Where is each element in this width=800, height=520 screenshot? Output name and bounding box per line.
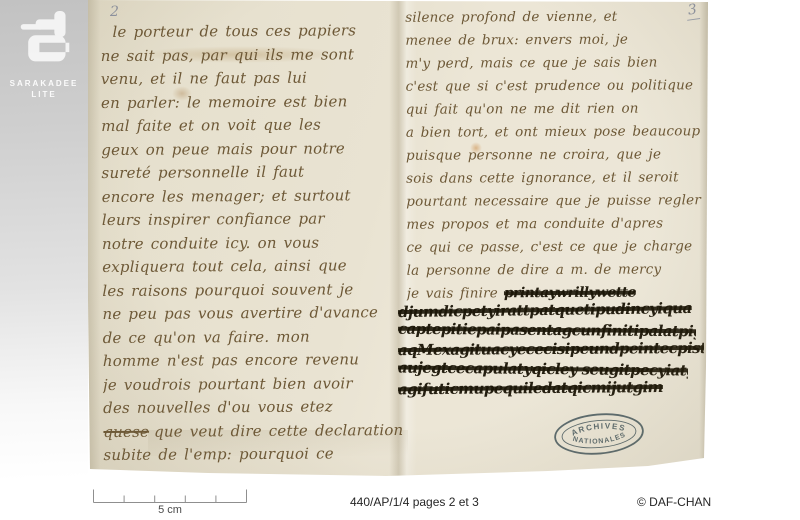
watermark-brand-top: SARAKADEE — [0, 78, 88, 89]
redacted-line: agifuticmupequiledatqicmijutgim — [398, 378, 704, 400]
archives-nationales-stamp: ARCHIVES NATIONALES — [550, 408, 647, 460]
manuscript-line: a bien tort, et ont mieux pose beaucoup — [406, 120, 706, 145]
manuscript-line: leurs inspirer confiance par — [102, 207, 402, 233]
manuscript-page-2-text: le porteur de tous ces papiers ne sait p… — [100, 19, 403, 468]
manuscript-line: que veut dire cette declaration — [154, 420, 403, 440]
scan-viewer: SARAKADEE LITE 2 3 le porteur de tous ce… — [0, 0, 800, 520]
manuscript-line: la personne de dire a m. de mercy — [407, 258, 707, 283]
manuscript-line: sois dans cette ignorance, et il seroit — [406, 166, 706, 191]
manuscript-line: je vais finire — [407, 285, 498, 301]
manuscript-line: des nouvelles d'ou vous etez — [103, 395, 403, 421]
manuscript-line: sureté personnelle il faut — [101, 160, 401, 186]
scale-bar — [93, 488, 247, 504]
manuscript-line: c'est que si c'est prudence ou politique — [406, 74, 706, 99]
redacted-line: captepitiepaipasentagcunfinitipalatpigci… — [398, 319, 696, 341]
redacted-line: djumdicpetyirattpatquetipudincyiqua — [398, 299, 704, 323]
manuscript-scan: 2 3 le porteur de tous ces papiers ne sa… — [88, 0, 708, 478]
manuscript-line-with-strikeout: queseque veut dire cette declaration — [103, 418, 403, 444]
redacted-passage: djumdicpetyirattpatquetipudincyiqua capt… — [398, 301, 704, 399]
redacted-scribble: printaywrillywette — [504, 285, 636, 302]
manuscript-line: silence profond de vienne, et — [405, 5, 705, 30]
manuscript-line: en parler: le memoire est bien — [101, 89, 401, 115]
manuscript-line: ne sait pas, par qui ils me sont — [101, 42, 401, 68]
struck-word: quese — [103, 422, 149, 440]
manuscript-line: ne peu pas vous avertire d'avance — [102, 301, 402, 327]
redacted-line: aujegtcecapulatyqicley seugitpecyiatgiua — [398, 358, 688, 381]
copyright-notice: © DAF-CHAN — [637, 495, 711, 509]
page-number-left: 2 — [110, 4, 119, 20]
manuscript-line: ce qui ce passe, c'est ce que je charge — [406, 235, 706, 260]
redacted-line: aqMexagituacyececisipeundpeintecpistrat — [398, 339, 704, 361]
manuscript-line: homme n'est pas encore revenu — [103, 348, 403, 374]
manuscript-line: menee de brux: envers moi, je — [405, 28, 705, 53]
manuscript-line: geux on peue mais pour notre — [101, 136, 401, 162]
watermark-strip: SARAKADEE LITE — [0, 0, 88, 520]
sarakadee-lite-logo-icon — [19, 11, 71, 67]
manuscript-line: pourtant necessaire que je puisse regler — [406, 189, 706, 214]
archive-reference-caption: 440/AP/1/4 pages 2 et 3 — [350, 495, 479, 509]
manuscript-line: qui fait qu'on ne me dit rien on — [406, 97, 706, 122]
manuscript-line: subite de l'emp: pourquoi ce — [103, 442, 403, 468]
manuscript-line: le porteur de tous ces papiers — [100, 19, 400, 45]
manuscript-line: de ce qu'on va faire. mon — [103, 324, 403, 350]
manuscript-line: encore les menager; et surtout — [102, 183, 402, 209]
manuscript-line: mal faite et on voit que les — [101, 113, 401, 139]
manuscript-line: les raisons pourquoi souvent je — [102, 277, 402, 303]
scale-bar-label: 5 cm — [93, 504, 247, 516]
manuscript-line: je voudrois pourtant bien avoir — [103, 371, 403, 397]
watermark-brand-bottom: LITE — [0, 89, 88, 100]
manuscript-line: notre conduite icy. on vous — [102, 230, 402, 256]
manuscript-line: mes propos et ma conduite d'apres — [406, 212, 706, 237]
manuscript-line: m'y perd, mais ce que je sais bien — [405, 51, 705, 76]
manuscript-line: expliquera tout cela, ainsi que — [102, 254, 402, 280]
watermark-brand: SARAKADEE LITE — [0, 78, 88, 100]
manuscript-page-3-text: silence profond de vienne, et menee de b… — [405, 5, 707, 306]
manuscript-line: puisque personne ne croira, que je — [406, 143, 706, 168]
manuscript-line: venu, et il ne faut pas lui — [101, 66, 401, 92]
